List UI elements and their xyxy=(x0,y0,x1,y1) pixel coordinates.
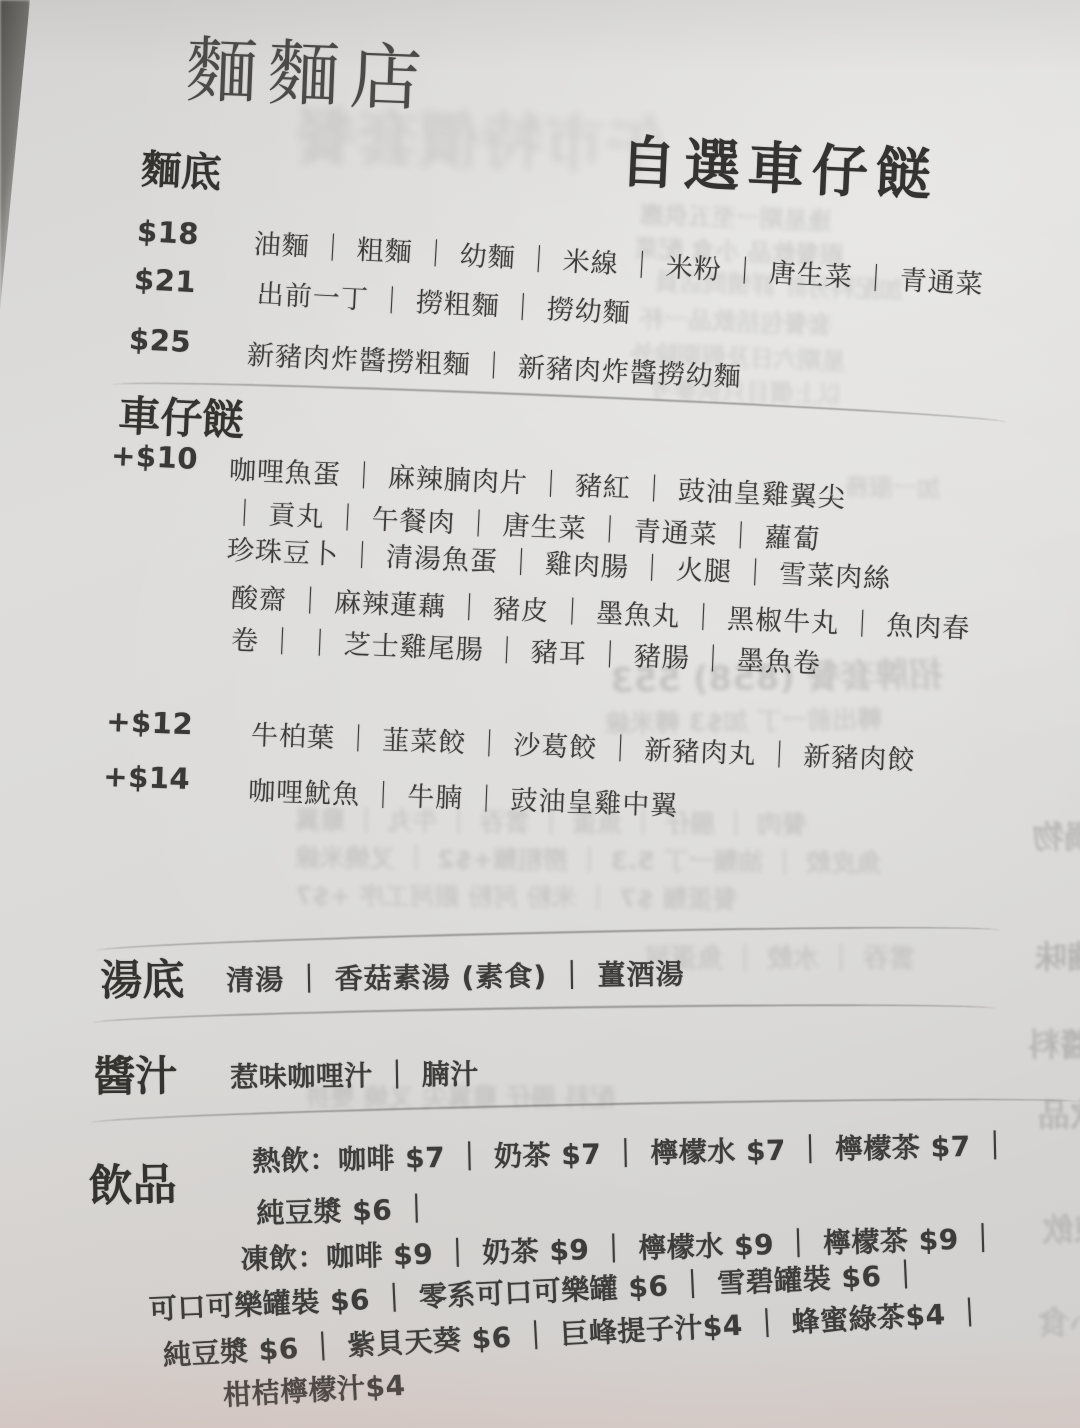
sauce-items: 惹味咖哩汁 ｜ 腩汁 xyxy=(230,1053,479,1096)
shop-logo: 麵麵店 xyxy=(184,12,434,125)
price-plus12: +$12 xyxy=(106,704,194,741)
bottom-warm-tint xyxy=(0,1333,1080,1428)
heading-sauce: 醬汁 xyxy=(93,1043,178,1104)
menu-photo: { "shop_name": "麵麵店", "menu_title": "自選車… xyxy=(0,0,1080,1428)
heading-soup-base: 湯底 xyxy=(100,947,185,1008)
soup-base-items: 清湯 ｜ 香菇素湯 (素食) ｜ 薑酒湯 xyxy=(226,953,685,999)
menu-title: 自選車仔餸 xyxy=(618,118,941,212)
hot-drinks-line-2: 純豆漿 $6 ｜ xyxy=(256,1187,431,1232)
price-25: $25 xyxy=(128,322,192,359)
price-plus10: +$10 xyxy=(110,438,198,476)
heading-drinks: 飲品 xyxy=(88,1148,177,1214)
heading-noodle-base: 麵底 xyxy=(140,138,223,199)
price-21: $21 xyxy=(133,262,197,299)
price-plus14: +$14 xyxy=(103,759,191,796)
price-18: $18 xyxy=(136,214,200,251)
